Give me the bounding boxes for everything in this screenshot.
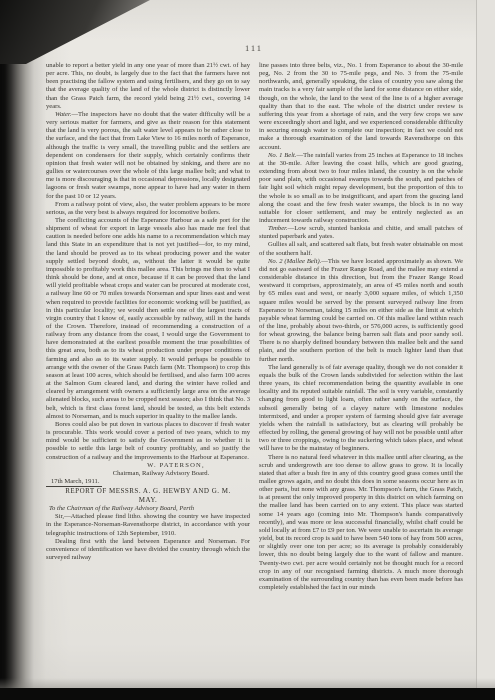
paragraph: Bores could also be put down in various …: [46, 421, 250, 462]
right-column: line passes into three belts, viz., No. …: [259, 62, 463, 662]
book-spine-shadow: [0, 0, 46, 700]
paragraph: No. 1 Belt.—The rainfall varies from 25 …: [259, 152, 463, 225]
paragraph-lead: No. 1 Belt.: [268, 152, 297, 159]
page-number: 111: [46, 43, 462, 53]
signature-date: 17th March, 1911.: [46, 478, 250, 486]
page-right-margin: [477, 0, 495, 688]
text-columns: unable to report a better yield in any o…: [46, 62, 463, 662]
paragraph: There is no natural feed whatever in thi…: [259, 454, 463, 593]
paragraph: Sir,—Attached please find litho. showing…: [46, 513, 250, 537]
scan-bottom-edge: [0, 688, 495, 700]
paragraph: Dealing first with the land between Espe…: [46, 538, 250, 562]
paragraph: Timber.—Low scrub, stunted banksia and c…: [259, 225, 463, 241]
paragraph: From a railway point of view, also, the …: [46, 201, 250, 217]
paragraph-lead: Water.: [55, 111, 71, 118]
signature-role: Chairman, Railway Advisory Board.: [46, 470, 250, 478]
left-column: unable to report a better yield in any o…: [46, 62, 250, 662]
page-edge-line: [476, 0, 477, 688]
paragraph: Gullies all salt, and scattered salt fla…: [259, 241, 463, 257]
signature-name: W. PATERSON,: [46, 462, 250, 470]
paragraph: No. 2 (Mallee Belt).—This we have locate…: [259, 258, 463, 364]
bottom-page-shadow: [0, 678, 495, 688]
report-heading: REPORT OF MESSRS. A. G. HEWBY AND G. M. …: [46, 487, 250, 505]
paragraph: line passes into three belts, viz., No. …: [259, 62, 463, 152]
salutation-line: To the Chairman of the Railway Advisory …: [46, 505, 250, 513]
paragraph: Water.—The inspectors have no doubt that…: [46, 111, 250, 201]
paragraph: The conflicting accounts of the Esperanc…: [46, 217, 250, 421]
paragraph-lead: Timber.: [268, 225, 288, 232]
paragraph-lead: No. 2 (Mallee Belt).: [268, 258, 321, 265]
paragraph: unable to report a better yield in any o…: [46, 62, 250, 111]
paragraph: The land generally is of fair average qu…: [259, 364, 463, 454]
